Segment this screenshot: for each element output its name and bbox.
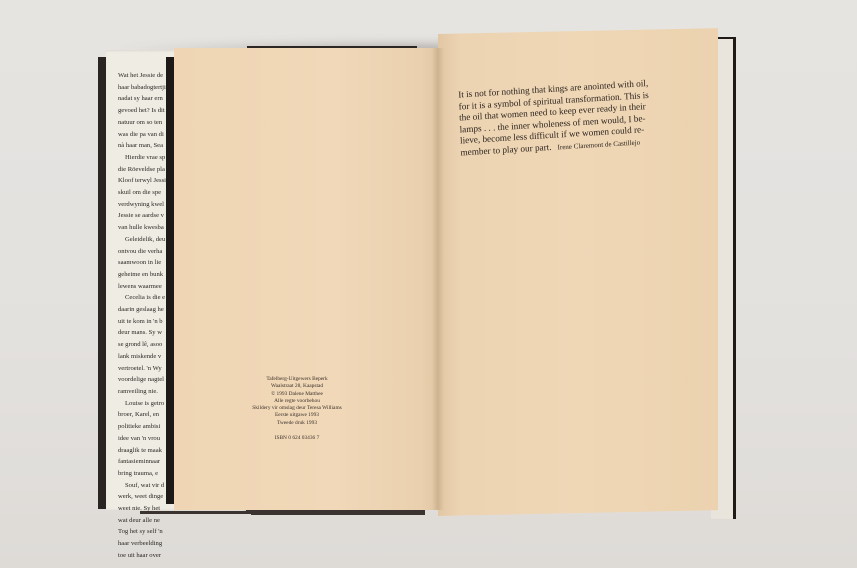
epigraph-author: Irene Claremont de Castillejo bbox=[557, 138, 640, 151]
imprint-block: Tafelberg-Uitgewers Beperk Waalstraat 28… bbox=[174, 376, 420, 442]
imprint-line: Eerste uitgawe 1993 bbox=[174, 412, 420, 419]
imprint-line: Tweede druk 1993 bbox=[174, 420, 420, 427]
imprint-line: Skildery vir omslag deur Teresa Williams bbox=[174, 405, 420, 412]
imprint-line: © 1993 Dalene Matthee bbox=[174, 391, 420, 398]
imprint-page: Tafelberg-Uitgewers Beperk Waalstraat 28… bbox=[174, 48, 442, 510]
text-line: haar verbeelding bbox=[118, 538, 184, 550]
imprint-line: Alle regte voorbehou bbox=[174, 398, 420, 405]
text-line: toe uit haar over bbox=[118, 550, 184, 562]
isbn: ISBN 0 624 03436 7 bbox=[174, 435, 420, 442]
imprint-line: Waalstraat 28, Kaapstad bbox=[174, 383, 420, 390]
book-gutter bbox=[432, 48, 444, 510]
epigraph: It is not for nothing that kings are ano… bbox=[458, 77, 667, 160]
text-line: Tog het sy self 'n bbox=[118, 526, 184, 538]
text-line: wat deur alle ne bbox=[118, 515, 184, 527]
epigraph-page: It is not for nothing that kings are ano… bbox=[438, 28, 718, 516]
imprint-line: Tafelberg-Uitgewers Beperk bbox=[174, 376, 420, 383]
